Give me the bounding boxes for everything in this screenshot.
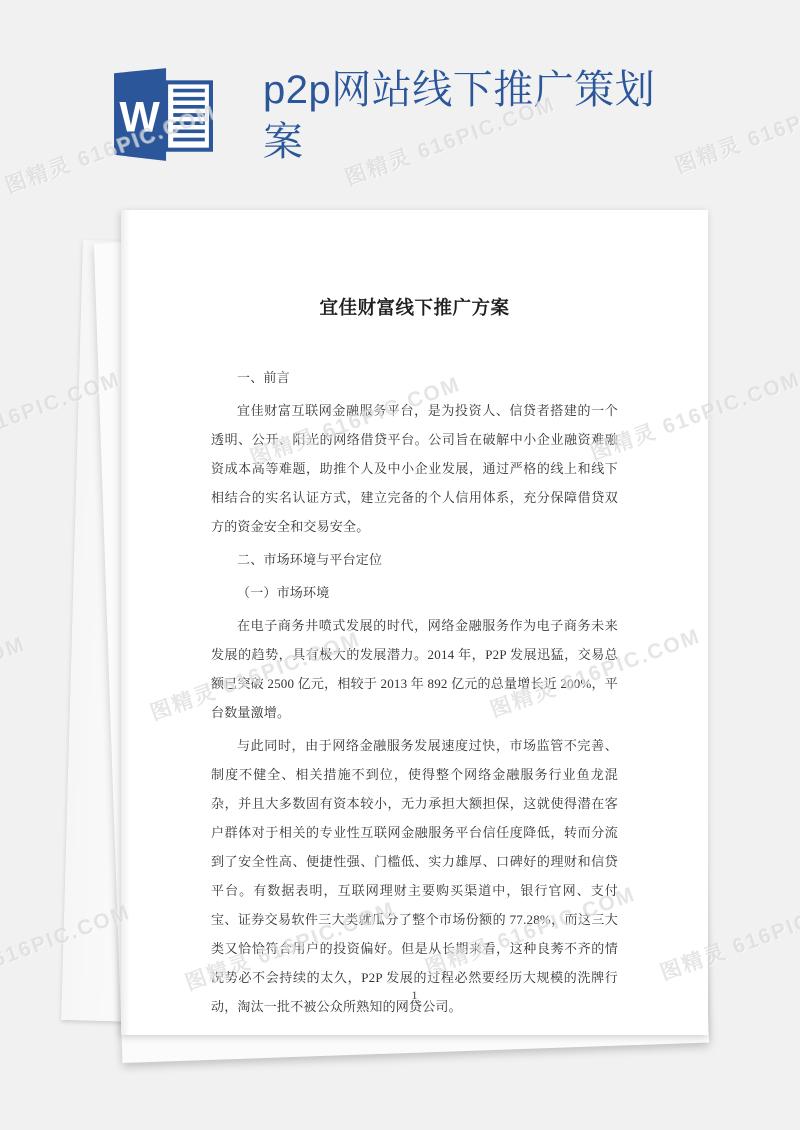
heading-foreword: 一、前言 bbox=[211, 363, 618, 392]
heading-market-env: （一）市场环境 bbox=[211, 578, 618, 607]
para-market-issues: 与此同时，由于网络金融服务发展速度过快，市场监管不完善、制度不健全、相关措施不到… bbox=[211, 731, 618, 1021]
word-icon: W bbox=[112, 66, 214, 163]
heading-market: 二、市场环境与平台定位 bbox=[211, 545, 618, 574]
watermark-text: 图精灵 616PIC.COM bbox=[0, 628, 29, 732]
para-market-growth: 在电子商务井喷式发展的时代，网络金融服务作为电子商务未来发展的趋势，具有极大的发… bbox=[211, 611, 618, 727]
para-intro: 宜佳财富互联网金融服务平台，是为投资人、信贷者搭建的一个透明、公开、阳光的网络借… bbox=[211, 396, 618, 541]
document-title: 宜佳财富线下推广方案 bbox=[211, 294, 618, 320]
document-body: 宜佳财富线下推广方案 一、前言 宜佳财富互联网金融服务平台，是为投资人、信贷者搭… bbox=[211, 294, 618, 1021]
document-page: 宜佳财富线下推广方案 一、前言 宜佳财富互联网金融服务平台，是为投资人、信贷者搭… bbox=[121, 210, 708, 1035]
page-header: W p2p网站线下推广策划案 bbox=[0, 0, 800, 200]
page-title: p2p网站线下推广策划案 bbox=[263, 64, 661, 168]
page-number: 1 bbox=[121, 988, 708, 1003]
svg-text:W: W bbox=[119, 93, 160, 141]
